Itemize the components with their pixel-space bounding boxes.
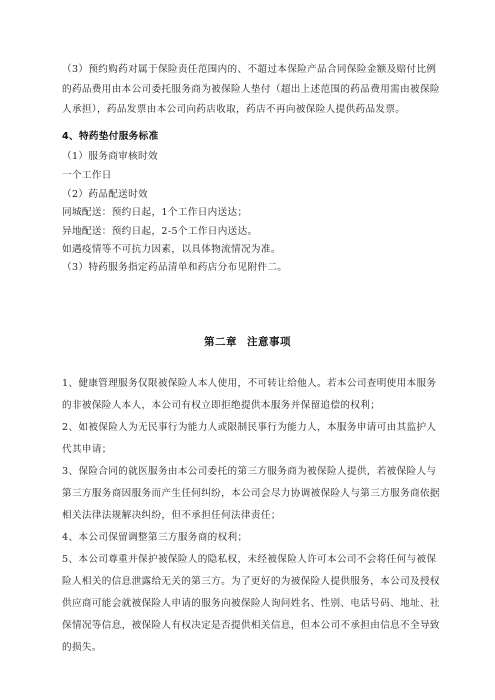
paragraph-line: 4、本公司保留调整第三方服务商的权利； bbox=[62, 532, 247, 544]
paragraph-line: 代其申请； bbox=[62, 444, 112, 456]
paragraph-line: 2、如被保险人为无民事行为能力人或限制民事行为能力人，本服务申请可由其监护人 bbox=[62, 422, 436, 434]
paragraph-line: 的非被保险人本人，本公司有权立即拒绝提供本服务并保留追偿的权利； bbox=[62, 400, 380, 412]
document-page: （3）预约购药对属于保险责任范围内的、不超过本保险产品合同保险金额及赔付比例 的… bbox=[0, 0, 495, 700]
paragraph-line: （3）预约购药对属于保险责任范围内的、不超过本保险产品合同保险金额及赔付比例 bbox=[62, 64, 436, 76]
list-item: （3）特药服务指定药品清单和药店分布见附件二。 bbox=[62, 262, 287, 274]
paragraph-line: 险人相关的信息泄露给无关的第三方。为了更好的为被保险人提供服务，本公司及授权 bbox=[62, 576, 436, 588]
paragraph-line: 第三方服务商因服务而产生任何纠纷，本公司会尽力协调被保险人与第三方服务商依据 bbox=[62, 488, 436, 500]
section-heading: 4、特药垫付服务标准 bbox=[62, 131, 159, 143]
list-item: 异地配送：预约日起，2-5个工作日内送达。 bbox=[62, 226, 258, 238]
list-item: （1）服务商审核时效 bbox=[62, 151, 158, 163]
list-item: 一个工作日 bbox=[62, 170, 112, 182]
list-item: （2）药品配送时效 bbox=[62, 189, 148, 201]
paragraph-line: 3、保险合同的就医服务由本公司委托的第三方服务商为被保险人提供，若被保险人与 bbox=[62, 466, 436, 478]
paragraph-line: 1、健康管理服务仅限被保险人本人使用，不可转让给他人。若本公司查明使用本服务 bbox=[62, 378, 436, 390]
paragraph-line: 供应商可能会就被保险人申请的服务向被保险人询问姓名、性别、电话号码、地址、社 bbox=[62, 598, 436, 610]
paragraph-line: 相关法律法规解决纠纷，但不承担任何法律责任； bbox=[62, 510, 281, 522]
chapter-heading: 第二章注意事项 bbox=[0, 335, 495, 349]
chapter-title: 注意事项 bbox=[247, 336, 291, 348]
list-item: 同城配送：预约日起，1个工作日内送达； bbox=[62, 207, 247, 219]
chapter-number: 第二章 bbox=[204, 336, 237, 348]
paragraph-line: 的药品费用由本公司委托服务商为被保险人垫付（超出上述范围的药品费用需由被保险 bbox=[62, 84, 436, 96]
paragraph-line: 的损失。 bbox=[62, 642, 102, 654]
paragraph-line: 5、本公司尊重并保护被保险人的隐私权，未经被保险人许可本公司不会将任何与被保 bbox=[62, 554, 436, 566]
paragraph-line: 人承担），药品发票由本公司向药店收取，药店不再向被保险人提供药品发票。 bbox=[62, 104, 405, 116]
paragraph-line: 保情况等信息，被保险人有权决定是否提供相关信息，但本公司不承担由信息不全导致 bbox=[62, 620, 436, 632]
list-item: 如遇疫情等不可抗力因素，以具体物流情况为准。 bbox=[62, 244, 281, 256]
